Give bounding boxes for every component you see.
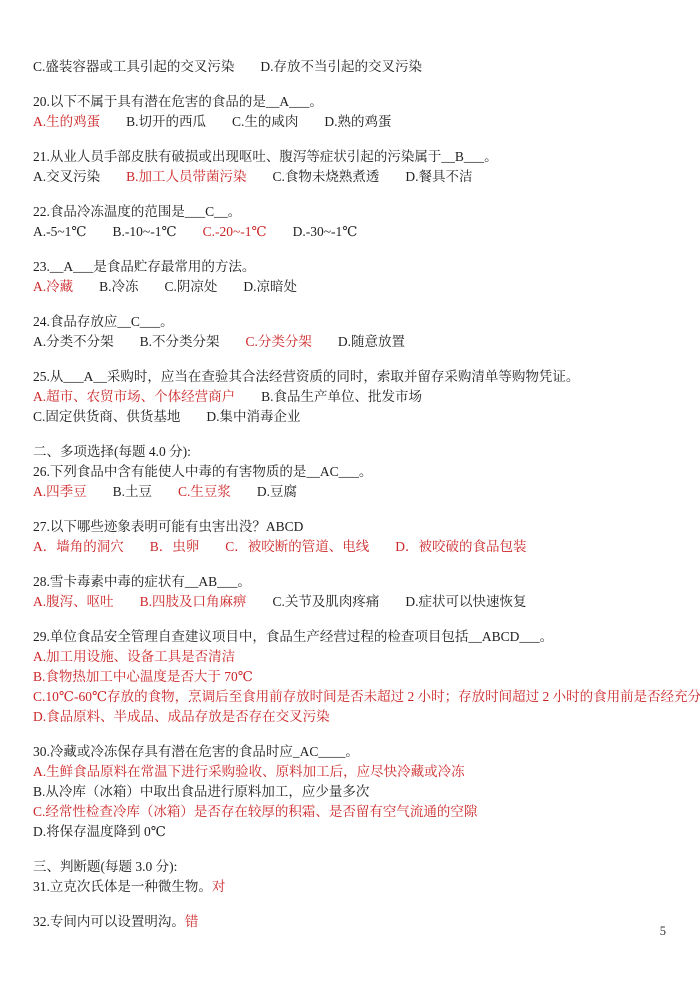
text-segment: 24.食品存放应__C___。 — [33, 314, 174, 329]
question-24: 24.食品存放应__C___。A.分类不分架B.不分类分架C.分类分架D.随意放… — [33, 312, 672, 352]
text-segment: 32.专间内可以设置明沟。 — [33, 914, 185, 929]
answer-line: D.食品原料、半成品、成品存放是否存在交叉污染 — [33, 707, 672, 727]
text-segment: 22.食品冷冻温度的范围是___C__。 — [33, 204, 241, 219]
text-segment: 31.立克次氏体是一种微生物。 — [33, 879, 212, 894]
question-32: 32.专间内可以设置明沟。错 — [33, 912, 672, 932]
options-line: A.分类不分架B.不分类分架C.分类分架D.随意放置 — [33, 332, 672, 352]
text-segment: B.切开的西瓜 — [126, 114, 206, 129]
text-segment: 28.雪卡毒素中毒的症状有__AB___。 — [33, 574, 251, 589]
correct-answer-highlight: D．被咬破的食品包装 — [395, 539, 526, 554]
text-segment: A.交叉污染 — [33, 169, 100, 184]
text-segment: C.阴凉处 — [165, 279, 218, 294]
options-line: A.生的鸡蛋B.切开的西瓜C.生的咸肉D.熟的鸡蛋 — [33, 112, 672, 132]
question-text: 25.从___A__采购时，应当在查验其合法经营资质的同时，索取并留存采购清单等… — [33, 367, 672, 387]
text-segment: 29.单位食品安全管理自查建议项目中，食品生产经营过程的检查项目包括__ABCD… — [33, 629, 553, 644]
statement-line: 32.专间内可以设置明沟。错 — [33, 912, 672, 932]
correct-answer-highlight: A．墙角的洞穴 — [33, 539, 124, 554]
correct-answer-highlight: C.分类分架 — [246, 334, 312, 349]
question-text: 23.__A___是食品贮存最常用的方法。 — [33, 257, 672, 277]
options-line: C.固定供货商、供货基地D.集中消毒企业 — [33, 407, 672, 427]
text-segment: B.土豆 — [113, 484, 152, 499]
text-segment: B.食品生产单位、批发市场 — [261, 389, 422, 404]
correct-answer-highlight: A.生鲜食品原料在常温下进行采购验收、原料加工后，应尽快冷藏或冷冻 — [33, 764, 465, 779]
question-25: 25.从___A__采购时，应当在查验其合法经营资质的同时，索取并留存采购清单等… — [33, 367, 672, 427]
text-segment: 23.__A___是食品贮存最常用的方法。 — [33, 259, 255, 274]
text-segment: D.凉暗处 — [243, 279, 297, 294]
text-segment: 20.以下不属于具有潜在危害的食品的是__A___。 — [33, 94, 323, 109]
question-text: 26.下列食品中含有能使人中毒的有害物质的是__AC___。 — [33, 462, 672, 482]
question-text: 27.以下哪些迹象表明可能有虫害出没？ABCD — [33, 517, 672, 537]
question-22: 22.食品冷冻温度的范围是___C__。A.-5~1℃B.-10~-1℃C.-2… — [33, 202, 672, 242]
question-text: 29.单位食品安全管理自查建议项目中，食品生产经营过程的检查项目包括__ABCD… — [33, 627, 672, 647]
question-text: 22.食品冷冻温度的范围是___C__。 — [33, 202, 672, 222]
question-30: 30.冷藏或冷冻保存具有潜在危害的食品时应_AC____。A.生鲜食品原料在常温… — [33, 742, 672, 842]
question-text: 20.以下不属于具有潜在危害的食品的是__A___。 — [33, 92, 672, 112]
correct-answer-highlight: A.生的鸡蛋 — [33, 114, 100, 129]
text-segment: D.集中消毒企业 — [206, 409, 300, 424]
correct-answer-highlight: 对 — [212, 879, 226, 894]
options-line: A.四季豆B.土豆C.生豆浆D.豆腐 — [33, 482, 672, 502]
correct-answer-highlight: A.加工用设施、设备工具是否清洁 — [33, 649, 235, 664]
correct-answer-highlight: A.超市、农贸市场、个体经营商户 — [33, 389, 235, 404]
text-segment: D.随意放置 — [338, 334, 405, 349]
text-segment: A.-5~1℃ — [33, 224, 87, 239]
answer-line: B.食物热加工中心温度是否大于 70℃ — [33, 667, 672, 687]
statement-line: 31.立克次氏体是一种微生物。对 — [33, 877, 672, 897]
section-3-true-false: 三、判断题(每题 3.0 分):31.立克次氏体是一种微生物。对 — [33, 857, 672, 897]
question-text: 24.食品存放应__C___。 — [33, 312, 672, 332]
text-segment: 21.从业人员手部皮肤有破损或出现呕吐、腹泻等症状引起的污染属于__B___。 — [33, 149, 498, 164]
options-line: A．墙角的洞穴B．虫卵C．被咬断的管道、电线D．被咬破的食品包装 — [33, 537, 672, 557]
text-segment: D.症状可以快速恢复 — [405, 594, 526, 609]
correct-answer-highlight: B．虫卵 — [150, 539, 200, 554]
correct-answer-highlight: C.经常性检查冷库（冰箱）是否存在较厚的积霜、是否留有空气流通的空隙 — [33, 804, 477, 819]
correct-answer-highlight: A.冷藏 — [33, 279, 73, 294]
text-segment: 二、多项选择(每题 4.0 分): — [33, 444, 191, 459]
text-segment: D.-30~-1℃ — [293, 224, 358, 239]
question-29: 29.单位食品安全管理自查建议项目中，食品生产经营过程的检查项目包括__ABCD… — [33, 627, 672, 727]
answer-line: A.生鲜食品原料在常温下进行采购验收、原料加工后，应尽快冷藏或冷冻 — [33, 762, 672, 782]
answer-line: A.加工用设施、设备工具是否清洁 — [33, 647, 672, 667]
question-text: 30.冷藏或冷冻保存具有潜在危害的食品时应_AC____。 — [33, 742, 672, 762]
question-21: 21.从业人员手部皮肤有破损或出现呕吐、腹泻等症状引起的污染属于__B___。A… — [33, 147, 672, 187]
correct-answer-highlight: C．被咬断的管道、电线 — [225, 539, 369, 554]
text-segment: 三、判断题(每题 3.0 分): — [33, 859, 177, 874]
answer-line: C.经常性检查冷库（冰箱）是否存在较厚的积霜、是否留有空气流通的空隙 — [33, 802, 672, 822]
text-segment: 30.冷藏或冷冻保存具有潜在危害的食品时应_AC____。 — [33, 744, 359, 759]
correct-answer-highlight: D.食品原料、半成品、成品存放是否存在交叉污染 — [33, 709, 330, 724]
options-line: A.腹泻、呕吐B.四肢及口角麻痹C.关节及肌肉疼痛D.症状可以快速恢复 — [33, 592, 672, 612]
question-text: 21.从业人员手部皮肤有破损或出现呕吐、腹泻等症状引起的污染属于__B___。 — [33, 147, 672, 167]
text-segment: D.豆腐 — [257, 484, 297, 499]
question-20: 20.以下不属于具有潜在危害的食品的是__A___。A.生的鸡蛋B.切开的西瓜C… — [33, 92, 672, 132]
correct-answer-highlight: C.10℃-60℃存放的食物，烹调后至食用前存放时间是否未超过 2 小时；存放时… — [33, 689, 700, 704]
answer-line: D.将保存温度降到 0℃ — [33, 822, 672, 842]
text-segment: 26.下列食品中含有能使人中毒的有害物质的是__AC___。 — [33, 464, 372, 479]
text-segment: C.盛装容器或工具引起的交叉污染 — [33, 59, 234, 74]
correct-answer-highlight: A.四季豆 — [33, 484, 87, 499]
text-segment: B.从冷库（冰箱）中取出食品进行原料加工，应少量多次 — [33, 784, 369, 799]
text-segment: D.熟的鸡蛋 — [324, 114, 391, 129]
text-segment: D.存放不当引起的交叉污染 — [260, 59, 422, 74]
options-line: A.-5~1℃B.-10~-1℃C.-20~-1℃D.-30~-1℃ — [33, 222, 672, 242]
section-heading: 二、多项选择(每题 4.0 分): — [33, 442, 672, 462]
correct-answer-highlight: B.食物热加工中心温度是否大于 70℃ — [33, 669, 253, 684]
text-segment: B.不分类分架 — [140, 334, 220, 349]
text-segment: B.冷冻 — [99, 279, 138, 294]
answer-line: C.10℃-60℃存放的食物，烹调后至食用前存放时间是否未超过 2 小时；存放时… — [33, 687, 672, 707]
text-segment: 25.从___A__采购时，应当在查验其合法经营资质的同时，索取并留存采购清单等… — [33, 369, 579, 384]
text-segment: D.餐具不洁 — [405, 169, 472, 184]
options-line: A.冷藏B.冷冻C.阴凉处D.凉暗处 — [33, 277, 672, 297]
text-segment: C.关节及肌肉疼痛 — [273, 594, 380, 609]
section-2-multiple-choice: 二、多项选择(每题 4.0 分):26.下列食品中含有能使人中毒的有害物质的是_… — [33, 442, 672, 502]
text-segment: C.生的咸肉 — [232, 114, 298, 129]
options-line: A.交叉污染B.加工人员带菌污染C.食物未烧熟煮透D.餐具不洁 — [33, 167, 672, 187]
text-segment: B.-10~-1℃ — [113, 224, 177, 239]
correct-answer-highlight: A.腹泻、呕吐 — [33, 594, 114, 609]
page-number: 5 — [660, 923, 666, 939]
exam-content: C.盛装容器或工具引起的交叉污染D.存放不当引起的交叉污染20.以下不属于具有潜… — [33, 57, 672, 947]
correct-answer-highlight: B.四肢及口角麻痹 — [140, 594, 247, 609]
correct-answer-highlight: 错 — [185, 914, 199, 929]
options-line: C.盛装容器或工具引起的交叉污染D.存放不当引起的交叉污染 — [33, 57, 672, 77]
correct-answer-highlight: B.加工人员带菌污染 — [126, 169, 246, 184]
answer-line: B.从冷库（冰箱）中取出食品进行原料加工，应少量多次 — [33, 782, 672, 802]
options-line: A.超市、农贸市场、个体经营商户B.食品生产单位、批发市场 — [33, 387, 672, 407]
question-text: 28.雪卡毒素中毒的症状有__AB___。 — [33, 572, 672, 592]
text-segment: C.固定供货商、供货基地 — [33, 409, 180, 424]
question-19-options-continued: C.盛装容器或工具引起的交叉污染D.存放不当引起的交叉污染 — [33, 57, 672, 77]
correct-answer-highlight: C.-20~-1℃ — [203, 224, 267, 239]
text-segment: A.分类不分架 — [33, 334, 114, 349]
question-27: 27.以下哪些迹象表明可能有虫害出没？ABCDA．墙角的洞穴B．虫卵C．被咬断的… — [33, 517, 672, 557]
text-segment: D.将保存温度降到 0℃ — [33, 824, 166, 839]
question-23: 23.__A___是食品贮存最常用的方法。A.冷藏B.冷冻C.阴凉处D.凉暗处 — [33, 257, 672, 297]
text-segment: 27.以下哪些迹象表明可能有虫害出没？ABCD — [33, 519, 303, 534]
correct-answer-highlight: C.生豆浆 — [178, 484, 231, 499]
section-heading: 三、判断题(每题 3.0 分): — [33, 857, 672, 877]
text-segment: C.食物未烧熟煮透 — [273, 169, 380, 184]
exam-page: C.盛装容器或工具引起的交叉污染D.存放不当引起的交叉污染20.以下不属于具有潜… — [0, 0, 700, 990]
question-28: 28.雪卡毒素中毒的症状有__AB___。A.腹泻、呕吐B.四肢及口角麻痹C.关… — [33, 572, 672, 612]
